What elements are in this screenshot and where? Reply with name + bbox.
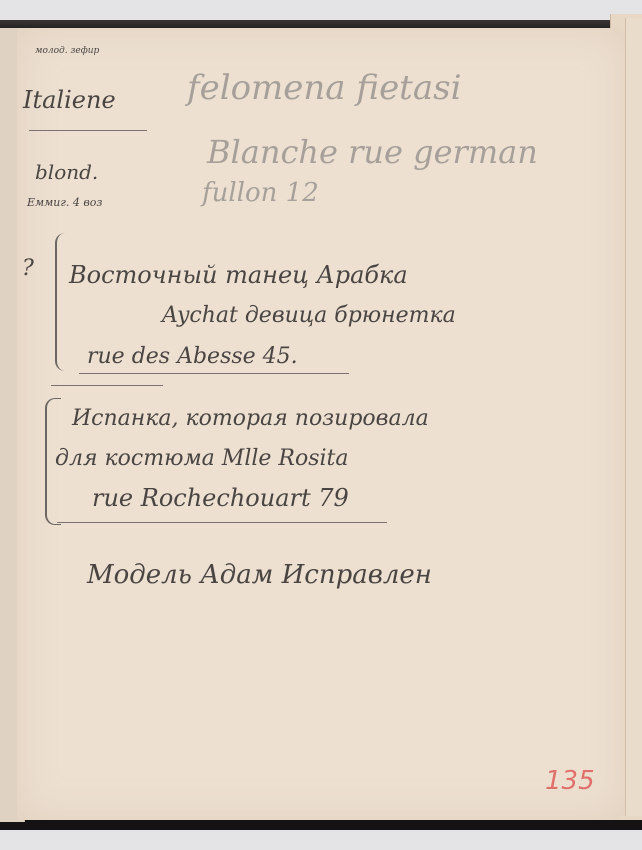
top-rule-rosita <box>51 385 163 386</box>
page-stack-edge-inner <box>625 18 642 816</box>
page-number: 135 <box>545 766 595 796</box>
underline-rosita <box>57 522 387 523</box>
entry-signature: Модель Адам Исправлен <box>87 560 432 590</box>
margin-note-small: молод. зефир <box>35 46 99 56</box>
entry-filomena: felomena fietasi <box>187 68 461 108</box>
entry-blanche-line-1: Blanche rue german <box>207 133 538 171</box>
entry-arabka-line-1: Восточный танец Арабка <box>69 261 408 289</box>
entry-arabka-line-2: Aychat девица брюнетка <box>162 303 456 328</box>
entry-rosita-line-1: Испанка, которая позировала <box>72 406 429 431</box>
question-mark: ? <box>22 256 34 281</box>
underline-arabka <box>79 373 349 374</box>
brace-arabka <box>55 233 67 371</box>
entry-arabka-address: rue des Abesse 45. <box>87 344 298 369</box>
margin-label-blond: blond. <box>35 160 98 184</box>
notebook-page: молод. зефир Italiene blond. Eммиг. 4 во… <box>17 28 625 820</box>
margin-note-blond: Eммиг. 4 воз <box>27 196 102 209</box>
margin-label-italiene: Italiene <box>23 86 116 114</box>
entry-blanche-line-2: fullon 12 <box>202 178 319 208</box>
entry-rosita-address: rue Rochechouart 79 <box>92 484 349 512</box>
entry-rosita-line-2: для костюма Mlle Rosita <box>55 446 349 471</box>
margin-divider <box>29 130 147 131</box>
